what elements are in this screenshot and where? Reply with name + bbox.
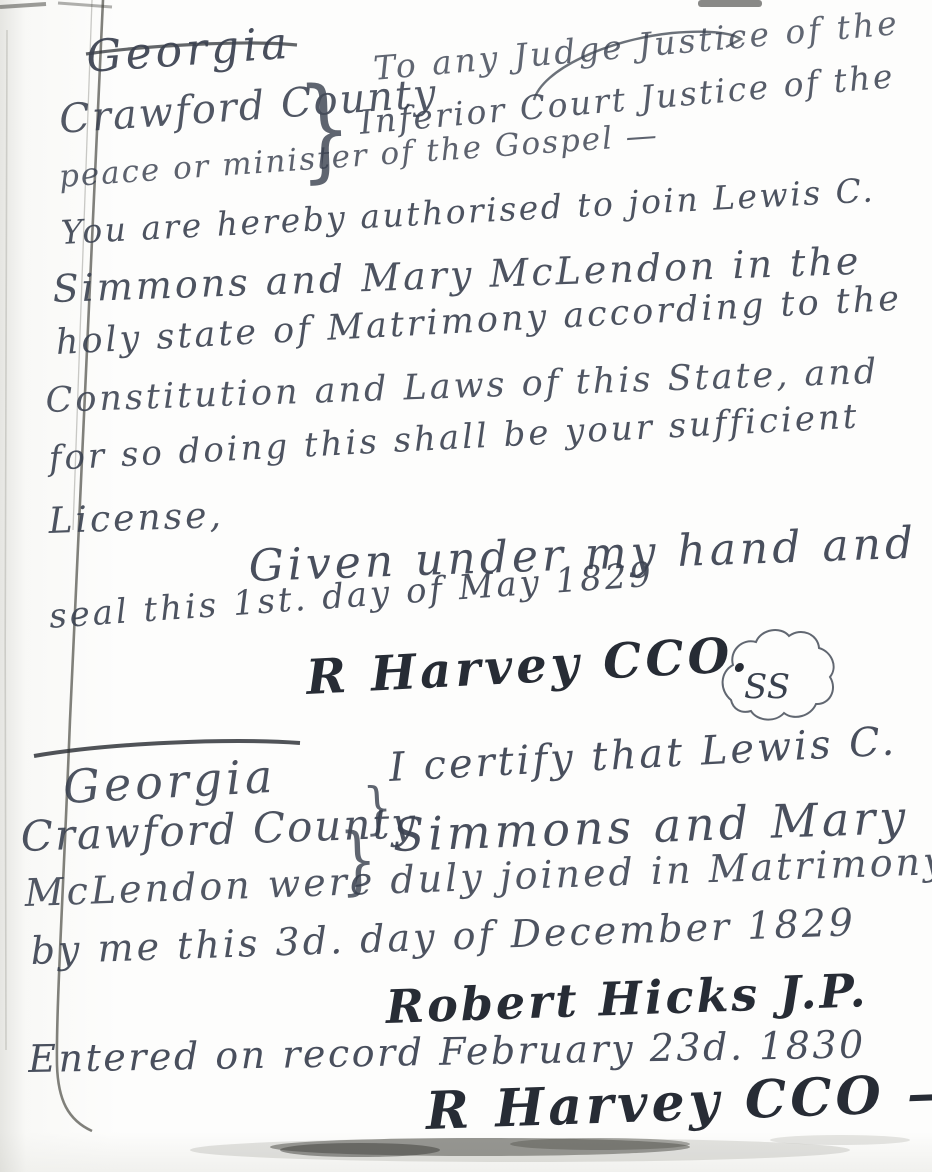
corner-mark [58,3,112,7]
license-body-line6: License, [48,498,224,540]
scanned-document-page: SS Georgia To any Judge Justice of the C… [0,0,932,1172]
top-edge-smudge [698,0,762,7]
corner-mark [0,4,46,7]
certificate-line1: I certify that Lewis C. [388,721,898,788]
bottom-smudge [190,1135,910,1162]
license-state-heading: Georgia [85,22,293,80]
clerk-signature: R Harvey CCO. [305,631,752,702]
left-edge-line [5,30,7,1050]
officiant-signature: Robert Hicks J.P. [385,967,869,1030]
certificate-state-heading: Georgia [62,753,277,810]
recording-clerk-signature: R Harvey CCO — [425,1067,932,1138]
certificate-line4: by me this 3d. day of December 1829 [30,903,857,970]
